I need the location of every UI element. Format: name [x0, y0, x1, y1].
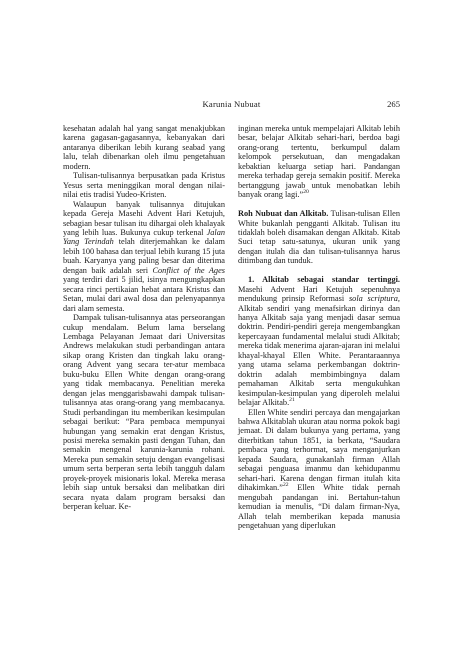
- paragraph-text: Walaupun banyak tulisannya ditujukan kep…: [63, 200, 225, 237]
- footnote-ref: 21: [289, 397, 295, 403]
- paragraph: Tulisan-tulisannya berpusatkan pada Kris…: [63, 171, 225, 199]
- paragraph-text: Tulisan-tulisannya berpusatkan pada Kris…: [63, 171, 225, 199]
- text-columns: kesehatan adalah hal yang sangat menakju…: [63, 124, 400, 530]
- paragraph-text: kesehatan adalah hal yang sangat menakju…: [63, 124, 225, 171]
- paragraph: Dampak tulisan-tulisannya atas perseoran…: [63, 313, 225, 512]
- right-column: inginan mereka untuk mempelajari Alkitab…: [238, 124, 400, 530]
- section-heading: Roh Nubuat dan Alkitab.: [238, 209, 328, 218]
- left-column: kesehatan adalah hal yang sangat menakju…: [63, 124, 225, 530]
- paragraph-text: Dampak tulisan-tulisannya atas perseoran…: [63, 313, 225, 511]
- book-page: Karunia Nubuat 265 kesehatan adalah hal …: [0, 0, 460, 650]
- footnote-ref: 20: [303, 189, 309, 195]
- page-title: Karunia Nubuat: [63, 99, 400, 109]
- paragraph: Walaupun banyak tulisannya ditujukan kep…: [63, 200, 225, 313]
- paragraph: Roh Nubuat dan Alkitab. Tulisan-tulisan …: [238, 209, 400, 266]
- paragraph: inginan mereka untuk mempelajari Alkitab…: [238, 124, 400, 200]
- paragraph: 1. Alkitab sebagai standar tertinggi. Ma…: [238, 275, 400, 407]
- latin-term-italic: sola scriptura,: [349, 294, 400, 303]
- page-header: Karunia Nubuat 265: [63, 99, 400, 111]
- paragraph-text: Alkitab sendiri yang menafsirkan dirinya…: [238, 304, 400, 408]
- section-heading: 1. Alkitab sebagai standar tertinggi.: [248, 275, 400, 284]
- paragraph: kesehatan adalah hal yang sangat menakju…: [63, 124, 225, 171]
- page-number: 265: [387, 99, 400, 109]
- paragraph-text: inginan mereka untuk mempelajari Alkitab…: [238, 124, 400, 199]
- book-title-italic: Conflict of the Ages: [152, 266, 225, 275]
- paragraph-text: Ellen White sendiri percaya dan mengajar…: [238, 408, 400, 493]
- paragraph-text: yang terdiri dari 5 jilid, isinya mengun…: [63, 275, 225, 312]
- paragraph: Ellen White sendiri percaya dan mengajar…: [238, 408, 400, 531]
